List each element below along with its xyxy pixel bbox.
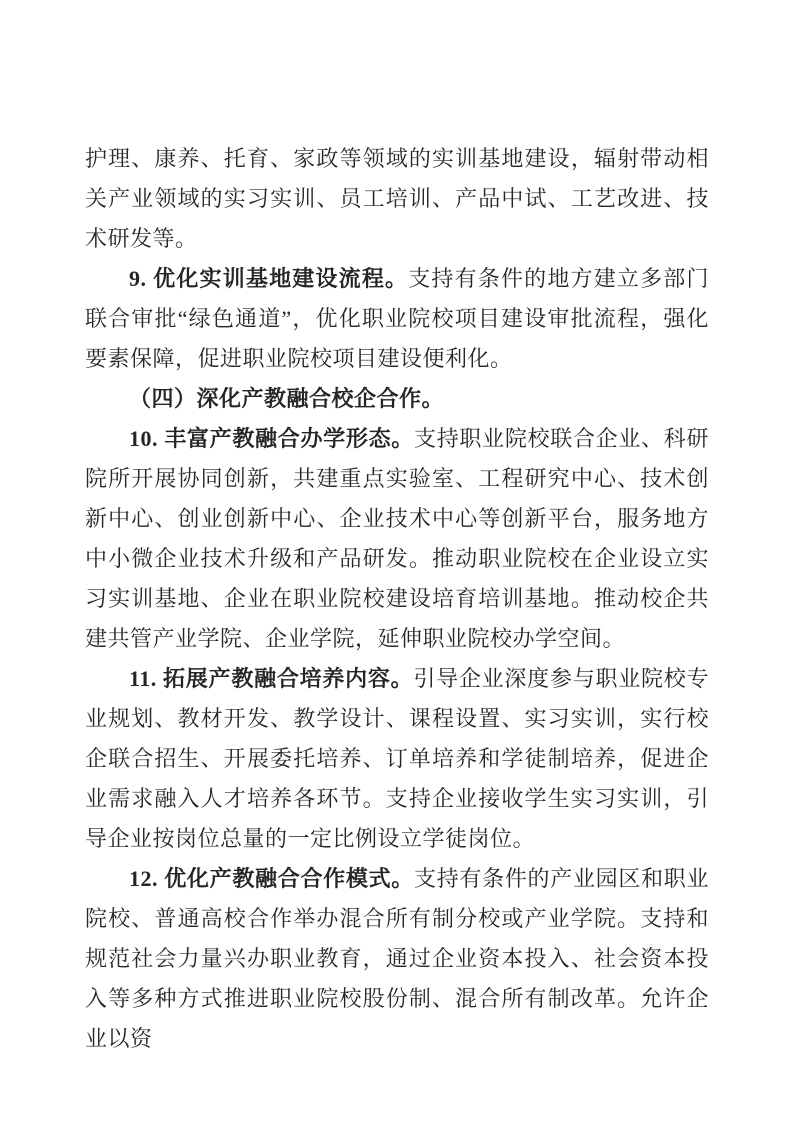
document-content: 护理、康养、托育、家政等领域的实训基地建设，辐射带动相关产业领域的实习实训、员工… bbox=[85, 139, 709, 1059]
item-12-lead: 12. 优化产教融合合作模式。 bbox=[129, 866, 414, 891]
paragraph-continuation: 护理、康养、托育、家政等领域的实训基地建设，辐射带动相关产业领域的实习实训、员工… bbox=[85, 139, 709, 259]
item-10-lead: 10. 丰富产教融合办学形态。 bbox=[129, 426, 414, 451]
document-page: 护理、康养、托育、家政等领域的实训基地建设，辐射带动相关产业领域的实习实训、员工… bbox=[0, 0, 794, 1123]
paragraph-item-9: 9. 优化实训基地建设流程。支持有条件的地方建立多部门联合审批“绿色通道”，优化… bbox=[85, 259, 709, 379]
item-11-text: 引导企业深度参与职业院校专业规划、教材开发、教学设计、课程设置、实习实训，实行校… bbox=[85, 666, 709, 851]
section-heading-4-label: （四）深化产教融合校企合作。 bbox=[129, 386, 444, 411]
item-10-text: 支持职业院校联合企业、科研院所开展协同创新，共建重点实验室、工程研究中心、技术创… bbox=[85, 426, 709, 651]
paragraph-item-12: 12. 优化产教融合合作模式。支持有条件的产业园区和职业院校、普通高校合作举办混… bbox=[85, 859, 709, 1059]
item-12-text: 支持有条件的产业园区和职业院校、普通高校合作举办混合所有制分校或产业学院。支持和… bbox=[85, 866, 709, 1051]
section-heading-4: （四）深化产教融合校企合作。 bbox=[85, 379, 709, 419]
item-9-lead: 9. 优化实训基地建设流程。 bbox=[129, 266, 408, 291]
paragraph-text: 护理、康养、托育、家政等领域的实训基地建设，辐射带动相关产业领域的实习实训、员工… bbox=[85, 146, 709, 251]
item-11-lead: 11. 拓展产教融合培养内容。 bbox=[129, 666, 413, 691]
paragraph-item-11: 11. 拓展产教融合培养内容。引导企业深度参与职业院校专业规划、教材开发、教学设… bbox=[85, 659, 709, 859]
paragraph-item-10: 10. 丰富产教融合办学形态。支持职业院校联合企业、科研院所开展协同创新，共建重… bbox=[85, 419, 709, 659]
